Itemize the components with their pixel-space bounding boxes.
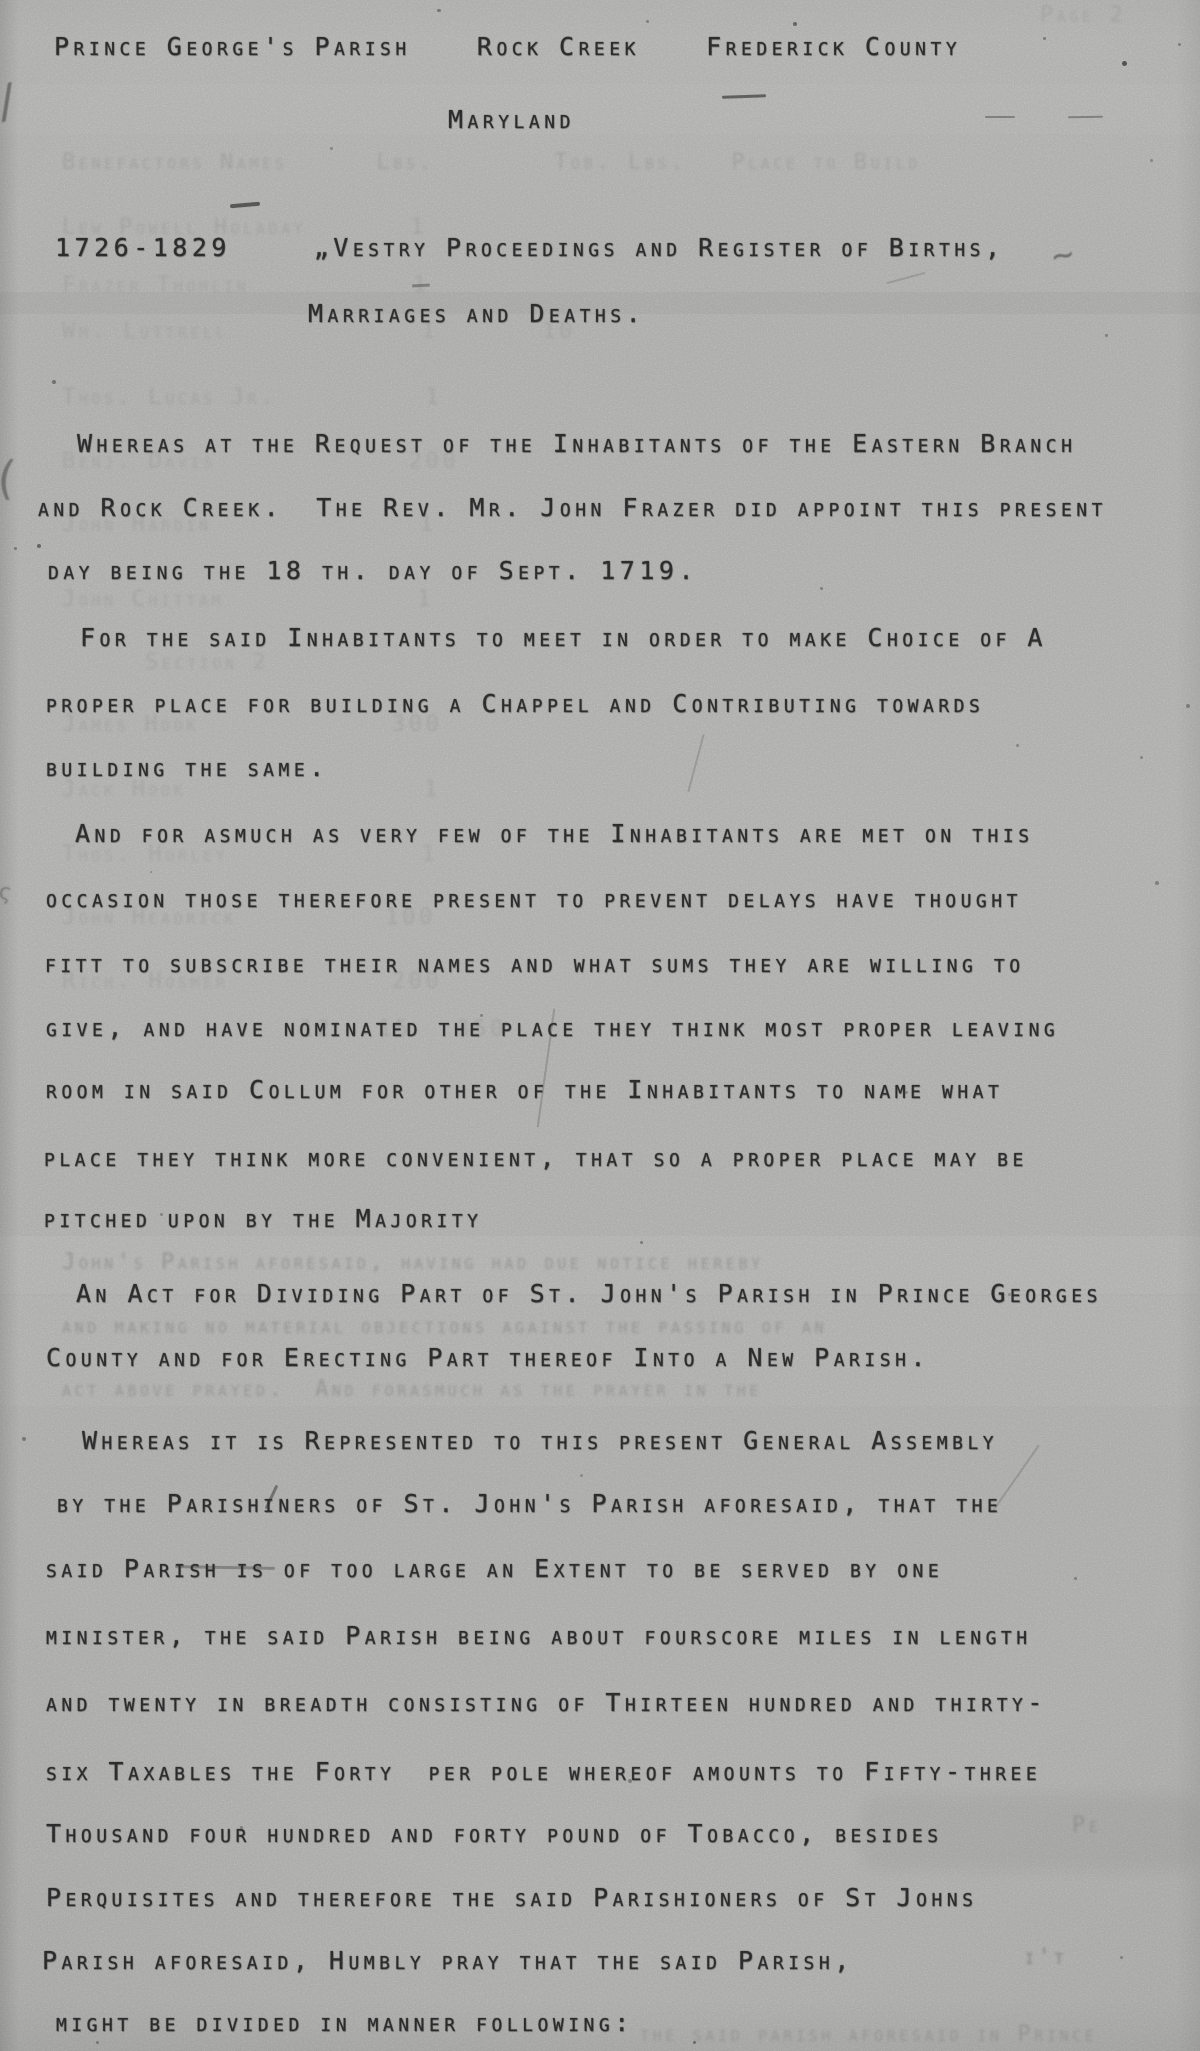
scanned-page: Page 2Benefactors Names Lbs. Tob. Lbs. P… xyxy=(0,0,1200,2051)
scan-background: { "page": { "paper_color": "#c6c6c5", "i… xyxy=(0,0,1200,2051)
paper-grain-texture xyxy=(0,0,1200,2051)
